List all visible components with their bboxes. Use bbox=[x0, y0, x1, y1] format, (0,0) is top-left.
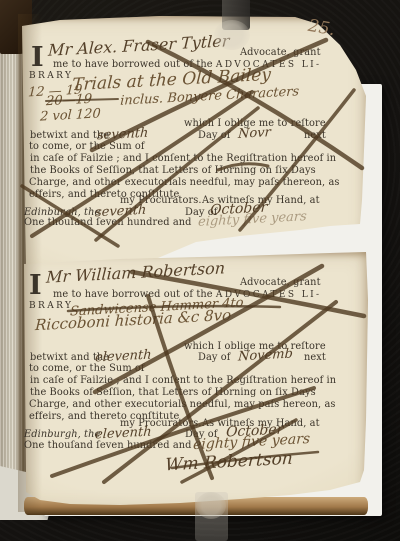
form2-dropcap: I bbox=[29, 272, 42, 299]
form1-return-month-handwritten: Novr bbox=[238, 125, 272, 142]
form1-entry-vol-handwritten: 2 vol 120 bbox=[40, 106, 101, 124]
form2-failzie-line: in caſe of Failzie ; and I conſent to th… bbox=[30, 375, 336, 386]
form2-charge-line: Charge, and other executorials needful, … bbox=[29, 399, 336, 410]
form1-day-of-label: Day of bbox=[198, 130, 230, 141]
form2-year-line: One thouſand ſeven hundred and bbox=[24, 440, 192, 451]
form1-charge-line: Charge, and other executorials needful, … bbox=[29, 177, 340, 188]
form1-sum-line: to come, or the Sum of bbox=[29, 141, 145, 152]
form2-next-label: next bbox=[304, 352, 326, 363]
form2-return-month-handwritten: Novemb bbox=[238, 347, 294, 365]
translucent-disc-bottom bbox=[196, 492, 226, 519]
form2-session-line: the Books of Seſſion, that Letters of Ho… bbox=[30, 387, 316, 398]
form1-next-label: next bbox=[304, 130, 326, 141]
form2-advocate-grant: Advocate, grant bbox=[240, 277, 321, 288]
form1-brary: BRARY bbox=[29, 71, 73, 81]
form1-advocate-grant: Advocate, grant bbox=[240, 47, 321, 58]
form2-brary: BRARY bbox=[29, 301, 73, 311]
form2-edinburgh-label: Edinburgh, the bbox=[24, 429, 100, 440]
photographed-library-receipt-page: 25. I Mr Alex. Fraser Tytler Advocate, g… bbox=[0, 0, 400, 541]
form1-year-line: One thouſand ſeven hundred and bbox=[24, 217, 192, 228]
translucent-disc-top bbox=[214, 20, 250, 50]
form1-failzie-line: in caſe of Failzie ; and I conſent to th… bbox=[30, 153, 336, 164]
form2-day-of-label: Day of bbox=[198, 352, 230, 363]
form1-dropcap: I bbox=[31, 44, 44, 71]
form2-sum-line: to come, or the Sum of bbox=[29, 363, 145, 374]
form1-session-line: the Books of Seſſion, that Letters of Ho… bbox=[30, 165, 316, 176]
